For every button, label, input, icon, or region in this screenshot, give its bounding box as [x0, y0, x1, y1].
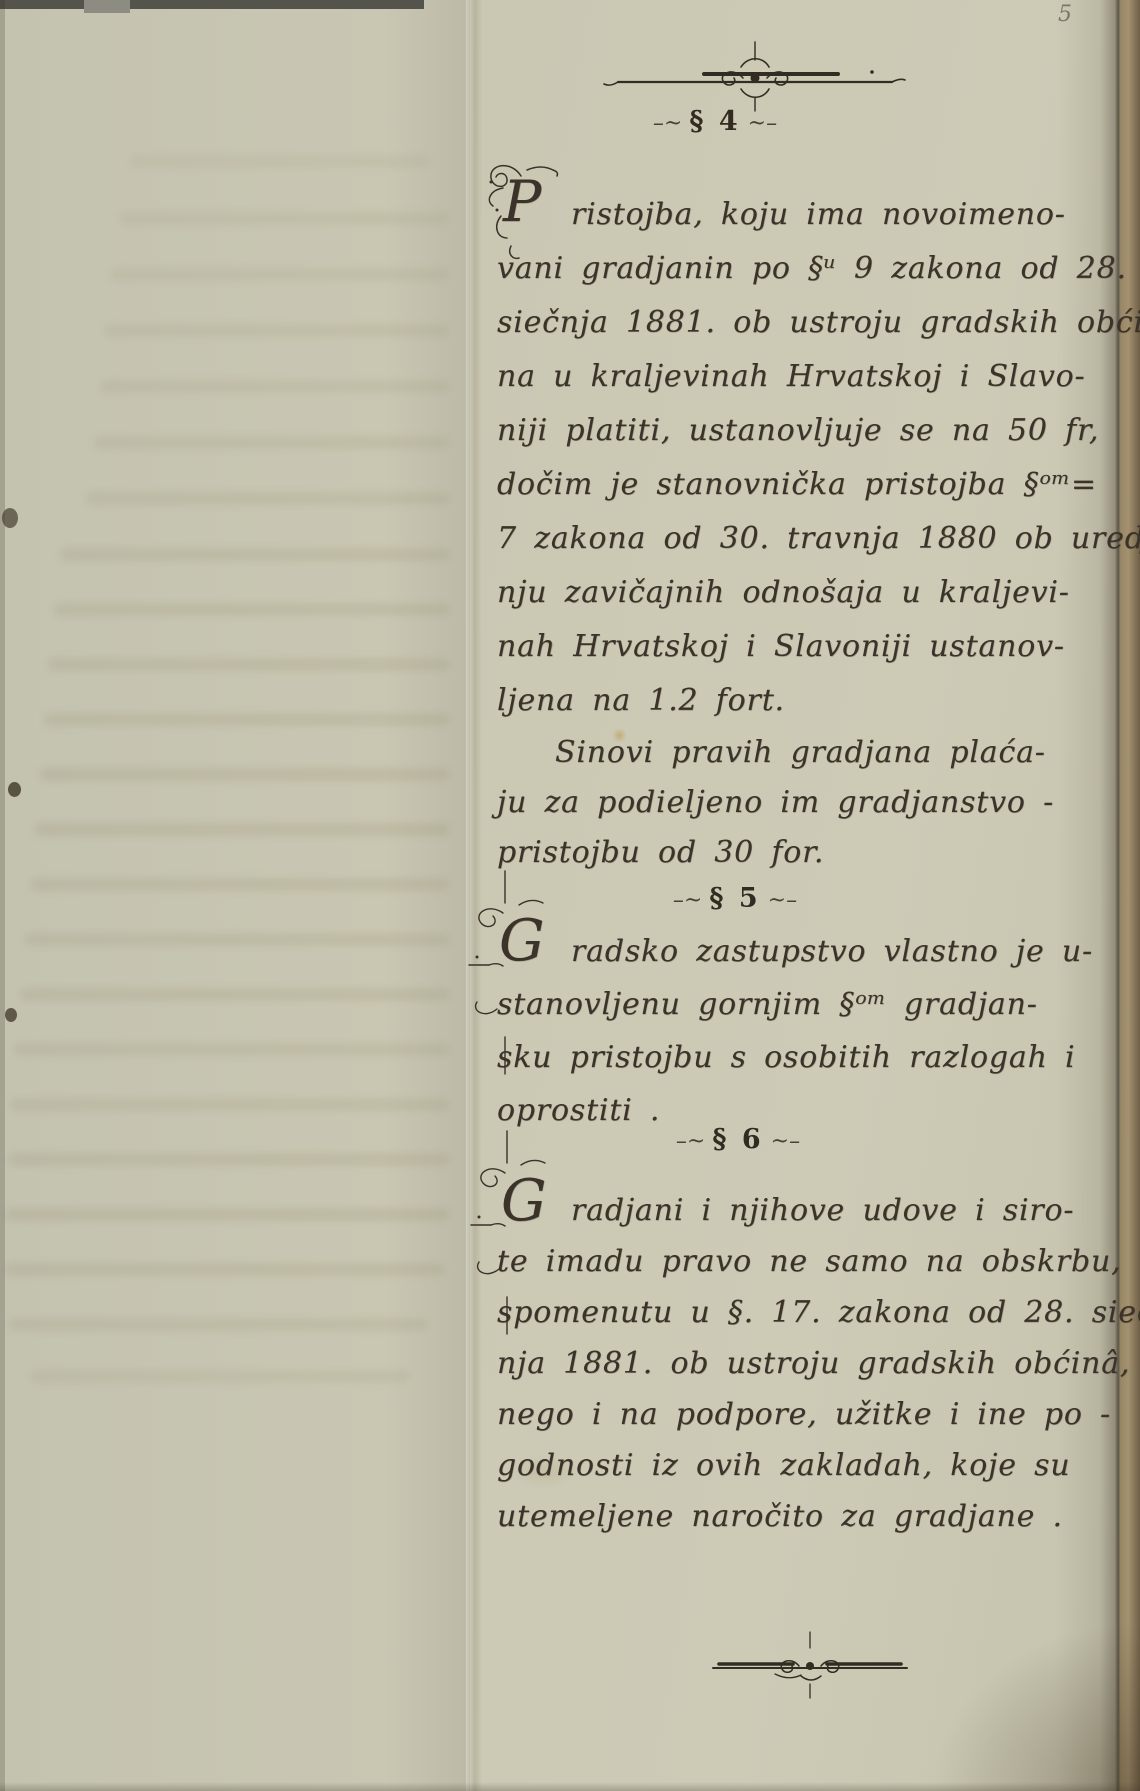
ghost-text-line — [120, 212, 450, 225]
section-number: § 4 — [689, 106, 740, 137]
heading-ornament-right: ~– — [768, 888, 797, 913]
ghost-text-line — [130, 155, 430, 168]
text-line: Sinovi pravih gradjana plaća- — [497, 728, 1125, 778]
ghost-text-line — [110, 268, 450, 281]
ghost-text-line — [30, 1370, 410, 1383]
section-number: § 6 — [712, 1124, 763, 1155]
text-line: ristojba, koju ima novoimeno- — [497, 188, 1125, 242]
ghost-text-line — [14, 1043, 450, 1056]
drop-cap-initial: G — [499, 913, 545, 970]
page-edge-left — [0, 0, 5, 1791]
text-line: ljena na 1.2 fort. — [497, 674, 1125, 728]
text-line: utemeljene naročito za gradjane . — [497, 1491, 1125, 1542]
ghost-text-line — [10, 1098, 450, 1111]
text-line: radsko zastupstvo vlastno je u- — [497, 925, 1125, 978]
page-number: 5 — [1058, 2, 1072, 27]
ghost-text-line — [24, 933, 450, 946]
ghost-text-line — [5, 1263, 445, 1276]
punch-hole — [2, 508, 18, 528]
page-corner-shadow — [930, 1621, 1140, 1791]
ornamental-divider-bottom — [705, 1628, 915, 1700]
adjacent-page-edge — [0, 0, 470, 1791]
ornamental-divider-top — [600, 36, 910, 114]
ghost-text-line — [94, 436, 450, 449]
text-line: niji platiti, ustanovljuje se na 50 fr, — [497, 404, 1125, 458]
ghost-text-line — [44, 713, 450, 726]
scanner-edge-tab — [84, 0, 130, 13]
ghost-text-line — [60, 548, 450, 561]
text-line: godnosti iz ovih zakladah, koje su — [497, 1440, 1125, 1491]
text-line: nju zavičajnih odnošaja u kraljevi- — [497, 566, 1125, 620]
text-line: ju za podieljeno im gradjanstvo - — [497, 778, 1125, 828]
text-line: spomenutu u §. 17. zakona od 28. sieč - — [497, 1287, 1125, 1338]
text-line: sku pristojbu s osobitih razlogah i — [497, 1031, 1125, 1084]
drop-cap-initial: P — [503, 174, 541, 231]
drop-cap-letter: G — [501, 1168, 547, 1234]
text-line: nja 1881. ob ustroju gradskih obćinâ, — [497, 1338, 1125, 1389]
drop-cap-letter: G — [499, 908, 545, 974]
paragraph: Sinovi pravih gradjana plaća- ju za podi… — [497, 728, 1125, 878]
ghost-text-line — [30, 878, 450, 891]
section-heading-6: –~§ 6~– — [676, 1124, 800, 1155]
text-line: siečnja 1881. ob ustroju gradskih obći- — [497, 296, 1125, 350]
text-line: nah Hrvatskoj i Slavoniji ustanov- — [497, 620, 1125, 674]
text-line: te imadu pravo ne samo na obskrbu, — [497, 1236, 1125, 1287]
punch-hole — [8, 782, 21, 797]
ghost-text-line — [54, 603, 450, 616]
section-heading-5: –~§ 5~– — [673, 883, 797, 914]
ghost-text-line — [86, 492, 450, 505]
paragraph: G radjani i njihove udove i siro- te ima… — [497, 1185, 1125, 1542]
punch-hole — [5, 1008, 17, 1022]
text-line: dočim je stanovnička pristojba §ᵒᵐ= — [497, 458, 1125, 512]
section-heading-4: –~§ 4~– — [653, 106, 777, 137]
heading-ornament-right: ~– — [748, 111, 777, 136]
text-line: na u kraljevinah Hrvatskoj i Slavo- — [497, 350, 1125, 404]
heading-ornament-left: –~ — [676, 1129, 705, 1154]
text-line: vani gradjanin po §ᵘ 9 zakona od 28. — [497, 242, 1125, 296]
text-line: stanovljenu gornjim §ᵒᵐ gradjan- — [497, 978, 1125, 1031]
ghost-text-line — [5, 1208, 450, 1221]
text-line: oprostiti . — [497, 1084, 1125, 1137]
initial-flourish — [467, 869, 567, 1079]
section-number: § 5 — [709, 883, 760, 914]
ghost-text-line — [8, 1318, 428, 1331]
drop-cap-initial: G — [501, 1173, 547, 1230]
heading-ornament-left: –~ — [653, 111, 682, 136]
ghost-text-line — [20, 988, 450, 1001]
text-line: nego i na podpore, užitke i ine po - — [497, 1389, 1125, 1440]
text-line: pristojbu od 30 for. — [497, 828, 1125, 878]
heading-ornament-right: ~– — [771, 1129, 800, 1154]
text-line: 7 zakona od 30. travnja 1880 ob uredje- — [497, 512, 1125, 566]
scanner-edge-top — [0, 0, 424, 9]
initial-flourish — [469, 1129, 569, 1339]
ghost-text-line — [34, 823, 450, 836]
ghost-text-line — [40, 768, 450, 781]
ghost-text-line — [100, 380, 450, 393]
ghost-text-line — [104, 324, 450, 337]
drop-cap-letter: P — [503, 169, 541, 235]
paragraph: G radsko zastupstvo vlastno je u- stanov… — [497, 925, 1125, 1137]
ghost-text-line — [48, 658, 450, 671]
paragraph: P ristojba, koju ima novoimeno- vani gra… — [497, 188, 1125, 728]
text-line: radjani i njihove udove i siro- — [497, 1185, 1125, 1236]
ghost-text-line — [8, 1153, 450, 1166]
heading-ornament-left: –~ — [673, 888, 702, 913]
